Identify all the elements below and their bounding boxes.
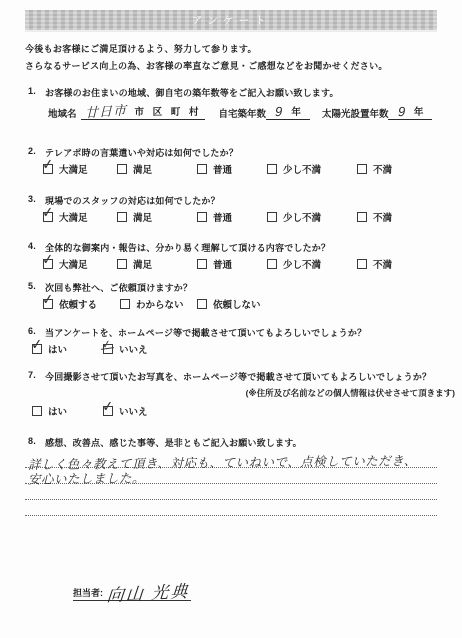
option-label: 大満足 <box>59 210 88 224</box>
solar-age-unit: 年 <box>414 104 424 118</box>
house-age-input[interactable]: 9 年 <box>266 104 310 120</box>
header-band: アンケート <box>25 10 437 32</box>
checkbox[interactable] <box>267 212 277 222</box>
option-label: 満足 <box>133 162 152 176</box>
answer-line-3[interactable] <box>25 483 437 500</box>
solar-age-input[interactable]: 9 年 <box>388 104 432 120</box>
question-8-header: 8. 感想、改善点、感じた事等、是非ともご記入お願い致します。 <box>28 436 302 449</box>
checkbox[interactable] <box>357 212 367 222</box>
option-label: 普通 <box>213 210 232 224</box>
option-label: 満足 <box>133 210 152 224</box>
option-sukoshi-fuman: 少し不満 <box>267 257 321 271</box>
checkbox[interactable] <box>103 406 113 416</box>
checkbox[interactable] <box>43 299 53 309</box>
staff-label: 担当者: <box>73 586 103 599</box>
checkbox[interactable] <box>197 259 207 269</box>
question-7-privacy-note: (※住所及び名前などの個人情報は伏せさせて頂きます) <box>246 387 455 399</box>
house-age-handwritten-value: 9 <box>275 105 283 119</box>
option-label: 普通 <box>213 257 232 271</box>
field-label-house-age: 自宅築年数 <box>218 106 266 120</box>
checkbox[interactable] <box>32 406 42 416</box>
answer-line-1[interactable]: 詳しく色々教えて頂き、対応も、ていねいで、点検していただき、 <box>25 451 437 468</box>
question-4-options: 大満足 満足 普通 少し不満 不満 <box>25 257 462 271</box>
checkbox[interactable] <box>43 212 53 222</box>
checkbox[interactable] <box>117 259 127 269</box>
option-label: いいえ <box>119 404 148 418</box>
question-number: 1. <box>28 86 45 99</box>
question-1-fields: 地域名 廿日市 市 区 町 村 自宅築年数 9 年 太陽光設置年数 9 年 <box>48 104 432 120</box>
option-label: はい <box>48 342 67 356</box>
option-manzoku: 満足 <box>117 210 152 224</box>
question-2-header: 2. テレアポ時の言葉遣いや対応は如何でしたか？ <box>28 146 238 159</box>
checkbox[interactable] <box>357 164 367 174</box>
checkbox[interactable] <box>117 164 127 174</box>
option-irai-shinai: 依頼しない <box>197 297 261 311</box>
option-label: わからない <box>136 297 184 311</box>
question-3-header: 3. 現場でのスタッフの対応は如何でしたか？ <box>28 194 220 207</box>
option-iie: いいえ <box>103 342 148 356</box>
question-number: 7. <box>28 370 45 383</box>
option-label: 不満 <box>373 162 392 176</box>
checkbox[interactable] <box>357 259 367 269</box>
question-1-header: 1. お客様のお住まいの地域、御自宅の築年数等をご記入お願い致します。 <box>28 86 339 99</box>
question-label: 全体的な御案内・報告は、分かり易く理解して頂ける内容でしたか？ <box>45 241 330 254</box>
option-label: 普通 <box>213 162 232 176</box>
checkbox[interactable] <box>197 212 207 222</box>
option-label: 大満足 <box>59 257 88 271</box>
option-label: 満足 <box>133 257 152 271</box>
option-label: いいえ <box>119 342 148 356</box>
question-label: 現場でのスタッフの対応は如何でしたか？ <box>45 194 220 207</box>
option-sukoshi-fuman: 少し不満 <box>267 210 321 224</box>
answer-line-2[interactable]: 安心いたしました。 <box>25 467 437 484</box>
question-7-options: はい いいえ <box>25 404 462 418</box>
checkbox[interactable] <box>197 164 207 174</box>
option-hai: はい <box>32 342 67 356</box>
region-unit-options: 市 区 町 村 <box>135 104 202 118</box>
option-label: 少し不満 <box>283 257 321 271</box>
option-fuman: 不満 <box>357 210 392 224</box>
option-hai: はい <box>32 404 67 418</box>
house-age-unit: 年 <box>291 104 301 118</box>
question-label: テレアポ時の言葉遣いや対応は如何でしたか？ <box>45 146 238 159</box>
option-fuman: 不満 <box>357 257 392 271</box>
option-futsuu: 普通 <box>197 162 232 176</box>
option-manzoku: 満足 <box>117 257 152 271</box>
option-label: 不満 <box>373 257 392 271</box>
intro-line-2: さらなるサービス向上の為、お客様の率直なご意見・ご感想などをお聞かせください。 <box>25 59 388 72</box>
option-label: 不満 <box>373 210 392 224</box>
question-5-options: 依頼する わからない 依頼しない <box>25 297 462 311</box>
staff-handwritten-signature: 向山 光典 <box>106 577 191 606</box>
question-label: お客様のお住まいの地域、御自宅の築年数等をご記入お願い致します。 <box>45 86 339 99</box>
option-manzoku: 満足 <box>117 162 152 176</box>
questionnaire-page: アンケート 今後もお客様にご満足頂けるよう、努力して参ります。 さらなるサービス… <box>0 0 462 638</box>
option-label: 少し不満 <box>283 210 321 224</box>
region-handwritten-value: 廿日市 <box>85 104 127 120</box>
staff-signature-area: 担当者: 向山 光典 <box>73 566 191 601</box>
region-input[interactable]: 廿日市 市 区 町 村 <box>81 104 206 120</box>
intro-line-1: 今後もお客様にご満足頂けるよう、努力して参ります。 <box>25 42 257 55</box>
field-label-region: 地域名 <box>48 106 77 120</box>
option-label: 依頼する <box>59 297 97 311</box>
option-wakaranai: わからない <box>120 297 184 311</box>
option-daimanzoku: 大満足 <box>43 257 88 271</box>
option-label: はい <box>48 404 67 418</box>
checkbox[interactable] <box>197 299 207 309</box>
checkbox[interactable] <box>267 259 277 269</box>
checkbox[interactable] <box>43 259 53 269</box>
checkbox[interactable] <box>267 164 277 174</box>
page-title: アンケート <box>191 12 270 28</box>
option-daimanzoku: 大満足 <box>43 162 88 176</box>
option-irai-suru: 依頼する <box>43 297 97 311</box>
question-label: 今回撮影させて頂いたお写真を、ホームページ等で掲載させて頂いてもよろしいでしょう… <box>45 370 431 383</box>
checkbox[interactable] <box>32 344 42 354</box>
option-futsuu: 普通 <box>197 257 232 271</box>
question-label: 次回も弊社へ、ご依頼頂けますか？ <box>45 281 192 294</box>
option-iie: いいえ <box>103 404 148 418</box>
checkbox[interactable] <box>43 164 53 174</box>
option-label: 大満足 <box>59 162 88 176</box>
option-label: 少し不満 <box>283 162 321 176</box>
option-sukoshi-fuman: 少し不満 <box>267 162 321 176</box>
checkbox[interactable] <box>117 212 127 222</box>
option-fuman: 不満 <box>357 162 392 176</box>
answer-line-4[interactable] <box>25 499 437 516</box>
checkbox[interactable] <box>120 299 130 309</box>
question-number: 8. <box>28 436 45 449</box>
field-label-solar-age: 太陽光設置年数 <box>322 106 389 120</box>
question-3-options: 大満足 満足 普通 少し不満 不満 <box>25 210 462 224</box>
question-6-options: はい いいえ <box>25 342 462 356</box>
question-label: 感想、改善点、感じた事等、是非ともご記入お願い致します。 <box>45 436 302 449</box>
question-7-header: 7. 今回撮影させて頂いたお写真を、ホームページ等で掲載させて頂いてもよろしいで… <box>28 370 431 383</box>
solar-age-handwritten-value: 9 <box>398 105 406 119</box>
option-futsuu: 普通 <box>197 210 232 224</box>
checkbox[interactable] <box>103 344 113 354</box>
question-2-options: 大満足 満足 普通 少し不満 不満 <box>25 162 462 176</box>
option-label: 依頼しない <box>213 297 261 311</box>
option-daimanzoku: 大満足 <box>43 210 88 224</box>
question-6-header: 6. 当アンケートを、ホームページ等で掲載させて頂いてもよろしいでしょうか？ <box>28 326 366 339</box>
question-label: 当アンケートを、ホームページ等で掲載させて頂いてもよろしいでしょうか？ <box>45 326 366 339</box>
question-4-header: 4. 全体的な御案内・報告は、分かり易く理解して頂ける内容でしたか？ <box>28 241 330 254</box>
